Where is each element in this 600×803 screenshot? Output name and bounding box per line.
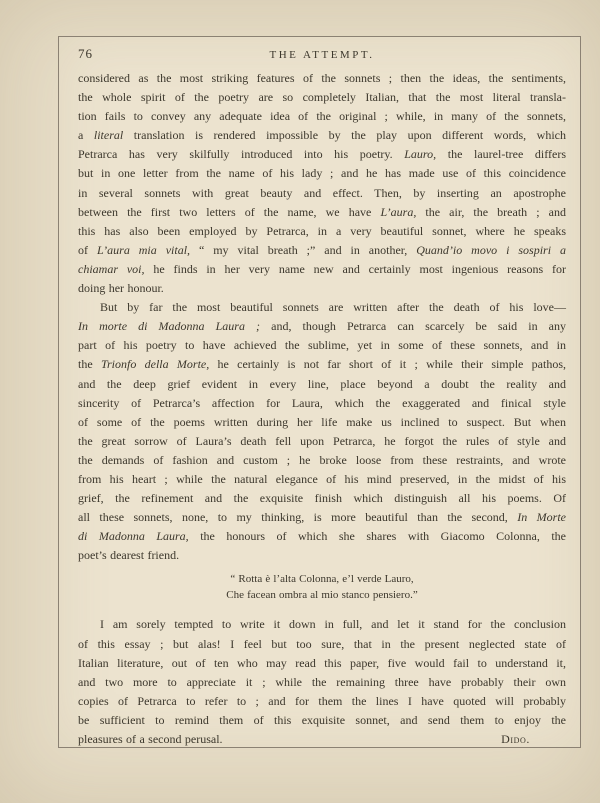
line-text: copies of Petrarca to refer to ; and for…	[78, 694, 566, 708]
text-line: of this essay ; but alas! I feel but too…	[78, 635, 566, 654]
paragraph: But by far the most beautiful sonnets ar…	[78, 298, 566, 565]
text-line: of L’aura mia vital, “ my vital breath ;…	[78, 241, 566, 260]
text-line: considered as the most striking features…	[78, 69, 566, 88]
text-line: between the first two letters of the nam…	[78, 203, 566, 222]
line-text: but in one letter from the name of his l…	[78, 166, 566, 180]
text-line: in several sonnets with great beauty and…	[78, 184, 566, 203]
text-line: chiamar voi, he finds in her very name n…	[78, 260, 566, 279]
text-line: and the deep grief evident in every line…	[78, 375, 566, 394]
text-line: the demands of fashion and custom ; he b…	[78, 451, 566, 470]
text-line: di Madonna Laura, the honours of which s…	[78, 527, 566, 546]
text-line: copies of Petrarca to refer to ; and for…	[78, 692, 566, 711]
text-line: I am sorely tempted to write it down in …	[78, 615, 566, 634]
line-text: be sufficient to remind them of this exq…	[78, 713, 566, 727]
line-text: the whole spirit of the poetry are so co…	[78, 90, 566, 104]
paragraph: considered as the most striking features…	[78, 69, 566, 298]
line-text: sincerity of Petrarca’s affection for La…	[78, 396, 566, 410]
text-line: But by far the most beautiful sonnets ar…	[78, 298, 566, 317]
line-text: of this essay ; but alas! I feel but too…	[78, 637, 566, 651]
line-text: the demands of fashion and custom ; he b…	[78, 453, 566, 467]
text-line: from his heart ; while the natural elega…	[78, 470, 566, 489]
line-text: in several sonnets with great beauty and…	[78, 186, 566, 200]
running-title: THE ATTEMPT.	[78, 43, 566, 61]
scan-background: 76 THE ATTEMPT. considered as the most s…	[0, 0, 600, 803]
line-text: and the deep grief evident in every line…	[78, 377, 566, 391]
line-text: In morte di Madonna Laura ; and, though …	[78, 319, 566, 333]
page-header: 76 THE ATTEMPT.	[78, 43, 566, 65]
text-line: the whole spirit of the poetry are so co…	[78, 88, 566, 107]
line-text: of L’aura mia vital, “ my vital breath ;…	[78, 243, 566, 257]
line-text: But by far the most beautiful sonnets ar…	[100, 300, 566, 314]
text-line: Petrarca has very skilfully introduced i…	[78, 145, 566, 164]
line-text: pleasures of a second perusal.	[78, 730, 223, 749]
text-line: be sufficient to remind them of this exq…	[78, 711, 566, 730]
line-text: this has also been employed by Petrarca,…	[78, 224, 566, 238]
text-line: In morte di Madonna Laura ; and, though …	[78, 317, 566, 336]
line-text: of some of the poems written during her …	[78, 415, 566, 429]
line-text: all these sonnets, none, to my thinking,…	[78, 510, 566, 524]
text-line: doing her honour.	[78, 279, 566, 298]
text-line: Italian literature, out of ten who may r…	[78, 654, 566, 673]
text-line: but in one letter from the name of his l…	[78, 164, 566, 183]
text-line: a literal translation is rendered imposs…	[78, 126, 566, 145]
text-line: of some of the poems written during her …	[78, 413, 566, 432]
page-body: considered as the most striking features…	[78, 69, 566, 749]
line-text: I am sorely tempted to write it down in …	[100, 617, 566, 631]
line-text: the great sorrow of Laura’s death fell u…	[78, 434, 566, 448]
paragraph: I am sorely tempted to write it down in …	[78, 615, 566, 749]
line-text: the Trionfo della Morte, he certainly is…	[78, 357, 566, 371]
text-line: “ Rotta è l’alta Colonna, e’l verde Laur…	[78, 571, 566, 587]
line-text: grief, the refinement and the exquisite …	[78, 491, 566, 505]
text-line: the great sorrow of Laura’s death fell u…	[78, 432, 566, 451]
line-text: tion fails to convey any adequate idea o…	[78, 109, 566, 123]
line-text: poet’s dearest friend.	[78, 548, 179, 562]
line-text: between the first two letters of the nam…	[78, 205, 566, 219]
line-text: and two more to appreciate it ; while th…	[78, 675, 566, 689]
line-text: “ Rotta è l’alta Colonna, e’l verde Laur…	[230, 573, 413, 585]
text-line: the Trionfo della Morte, he certainly is…	[78, 355, 566, 374]
line-text: Italian literature, out of ten who may r…	[78, 656, 566, 670]
line-text: Petrarca has very skilfully introduced i…	[78, 147, 566, 161]
book-page: 76 THE ATTEMPT. considered as the most s…	[58, 36, 581, 748]
author-signature: Dido.	[501, 730, 530, 749]
text-line: and two more to appreciate it ; while th…	[78, 673, 566, 692]
line-text: chiamar voi, he finds in her very name n…	[78, 262, 566, 276]
text-line: part of his poetry to have achieved the …	[78, 336, 566, 355]
text-line: pleasures of a second perusal.Dido.	[78, 730, 566, 749]
line-text: a literal translation is rendered imposs…	[78, 128, 566, 142]
line-text: from his heart ; while the natural elega…	[78, 472, 566, 486]
line-text: considered as the most striking features…	[78, 71, 566, 85]
text-line: sincerity of Petrarca’s affection for La…	[78, 394, 566, 413]
text-line: grief, the refinement and the exquisite …	[78, 489, 566, 508]
text-line: tion fails to convey any adequate idea o…	[78, 107, 566, 126]
text-line: Che facean ombra al mio stanco pensiero.…	[78, 587, 566, 603]
line-text: Che facean ombra al mio stanco pensiero.…	[226, 589, 417, 601]
page-number: 76	[78, 46, 93, 62]
verse-quote: “ Rotta è l’alta Colonna, e’l verde Laur…	[78, 571, 566, 603]
line-text: doing her honour.	[78, 281, 164, 295]
line-text: part of his poetry to have achieved the …	[78, 338, 566, 352]
text-line: all these sonnets, none, to my thinking,…	[78, 508, 566, 527]
text-line: this has also been employed by Petrarca,…	[78, 222, 566, 241]
text-line: poet’s dearest friend.	[78, 546, 566, 565]
line-text: di Madonna Laura, the honours of which s…	[78, 529, 566, 543]
